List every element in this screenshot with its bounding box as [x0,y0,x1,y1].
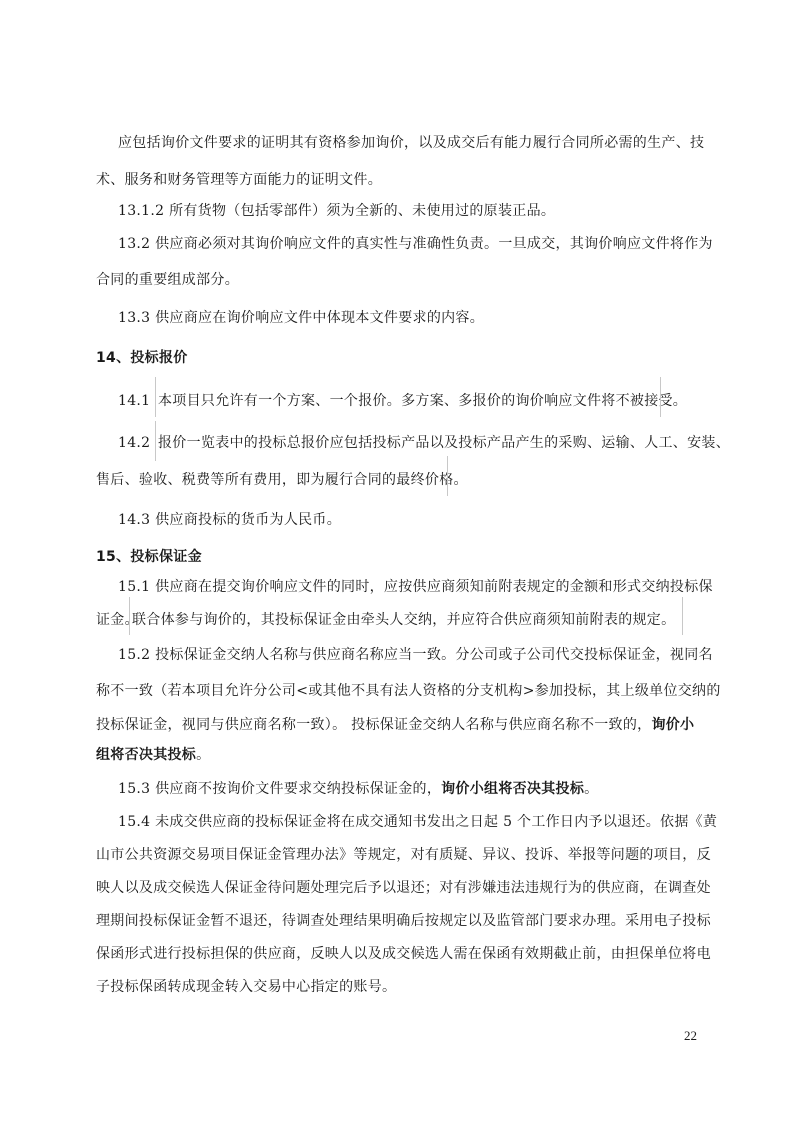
clause-14-2-text: 售后、验收、税费等所有费用，即为履行合同的最终价格。 [96,470,468,490]
clause-15-3: 15.3 供应商不按询价文件要求交纳投标保证金的，询价小组将否决其投标。 [118,779,598,799]
text-boundary-marker [155,377,156,417]
clause-14-3: 14.3 供应商投标的货币为人民币。 [118,510,341,530]
clause-14-1-text: 本项目只允许有一个方案、一个报价。多方案、多报价的询价响应文件将不被接受。 [158,391,687,411]
clause-text: 投标保证金，视同与供应商名称一致）。 投标保证金交纳人名称与供应商名称不一致的， [96,717,651,733]
clause-13-1-2: 13.1.2 所有货物（包括零部件）须为全新的、未使用过的原装正品。 [118,201,555,221]
paragraph-line: 应包括询价文件要求的证明其有资格参加询价，以及成交后有能力履行合同所必需的生产、… [118,133,704,153]
paragraph-line: 术、服务和财务管理等方面能力的证明文件。 [96,170,382,190]
emphasis-text: 组将否决其投标 [96,747,196,763]
emphasis-text: 询价小组将否决其投标 [441,781,584,797]
clause-text: 。 [196,747,210,763]
clause-15-1: 15.1 供应商在提交询价响应文件的同时，应按供应商须知前附表规定的金额和形式交… [118,577,713,597]
clause-text: 。 [584,781,598,797]
section-heading-15: 15、投标保证金 [96,547,202,567]
clause-14-1-number: 14.1 [118,391,150,411]
clause-13-2: 13.2 供应商必须对其询价响应文件的真实性与准确性负责。一旦成交，其询价响应文… [118,234,713,254]
clause-15-4: 15.4 未成交供应商的投标保证金将在成交通知书发出之日起 5 个工作日内予以退… [118,812,717,832]
text-boundary-marker [447,456,448,496]
clause-text: 15.3 供应商不按询价文件要求交纳投标保证金的， [118,781,441,797]
clause-15-4: 子投标保函转成现金转入交易中心指定的账号。 [96,977,396,997]
text-boundary-marker [129,597,130,635]
clause-15-2: 称不一致（若本项目允许分公司<或其他不具有法人资格的分支机构>参加投标，其上级单… [96,681,721,701]
clause-14-2-text: 报价一览表中的投标总报价应包括投标产品以及投标产品产生的采购、运输、人工、安装、 [158,433,730,453]
document-page: 应包括询价文件要求的证明其有资格参加询价，以及成交后有能力履行合同所必需的生产、… [0,0,794,1122]
emphasis-text: 询价小 [651,717,694,733]
text-boundary-marker [155,421,156,461]
clause-15-4: 山市公共资源交易项目保证金管理办法》等规定，对有质疑、异议、投诉、举报等问题的项… [96,845,711,865]
clause-15-2: 15.2 投标保证金交纳人名称与供应商名称应当一致。分公司或子公司代交投标保证金… [118,645,713,665]
clause-15-1: 联合体参与询价的，其投标保证金由牵头人交纳，并应符合供应商须知前附表的规定。 [132,610,675,630]
clause-15-2: 组将否决其投标。 [96,745,210,765]
clause-15-4: 保函形式进行投标担保的供应商，反映人以及成交候选人需在保函有效期截止前，由担保单… [96,944,711,964]
clause-15-4: 映人以及成交候选人保证金待问题处理完后予以退还；对有涉嫌违法违规行为的供应商，在… [96,878,711,898]
clause-15-2: 投标保证金，视同与供应商名称一致）。 投标保证金交纳人名称与供应商名称不一致的，… [96,715,694,735]
text-boundary-marker [660,377,661,417]
paragraph-line: 合同的重要组成部分。 [96,270,239,290]
clause-14-2-number: 14.2 [118,433,150,453]
text-boundary-marker [682,597,683,635]
section-heading-14: 14、投标报价 [96,348,188,368]
clause-13-3: 13.3 供应商应在询价响应文件中体现本文件要求的内容。 [118,308,484,328]
clause-15-4: 理期间投标保证金暂不退还，待调查处理结果明确后按规定以及监管部门要求办理。采用电… [96,911,711,931]
page-number: 22 [684,1028,697,1044]
